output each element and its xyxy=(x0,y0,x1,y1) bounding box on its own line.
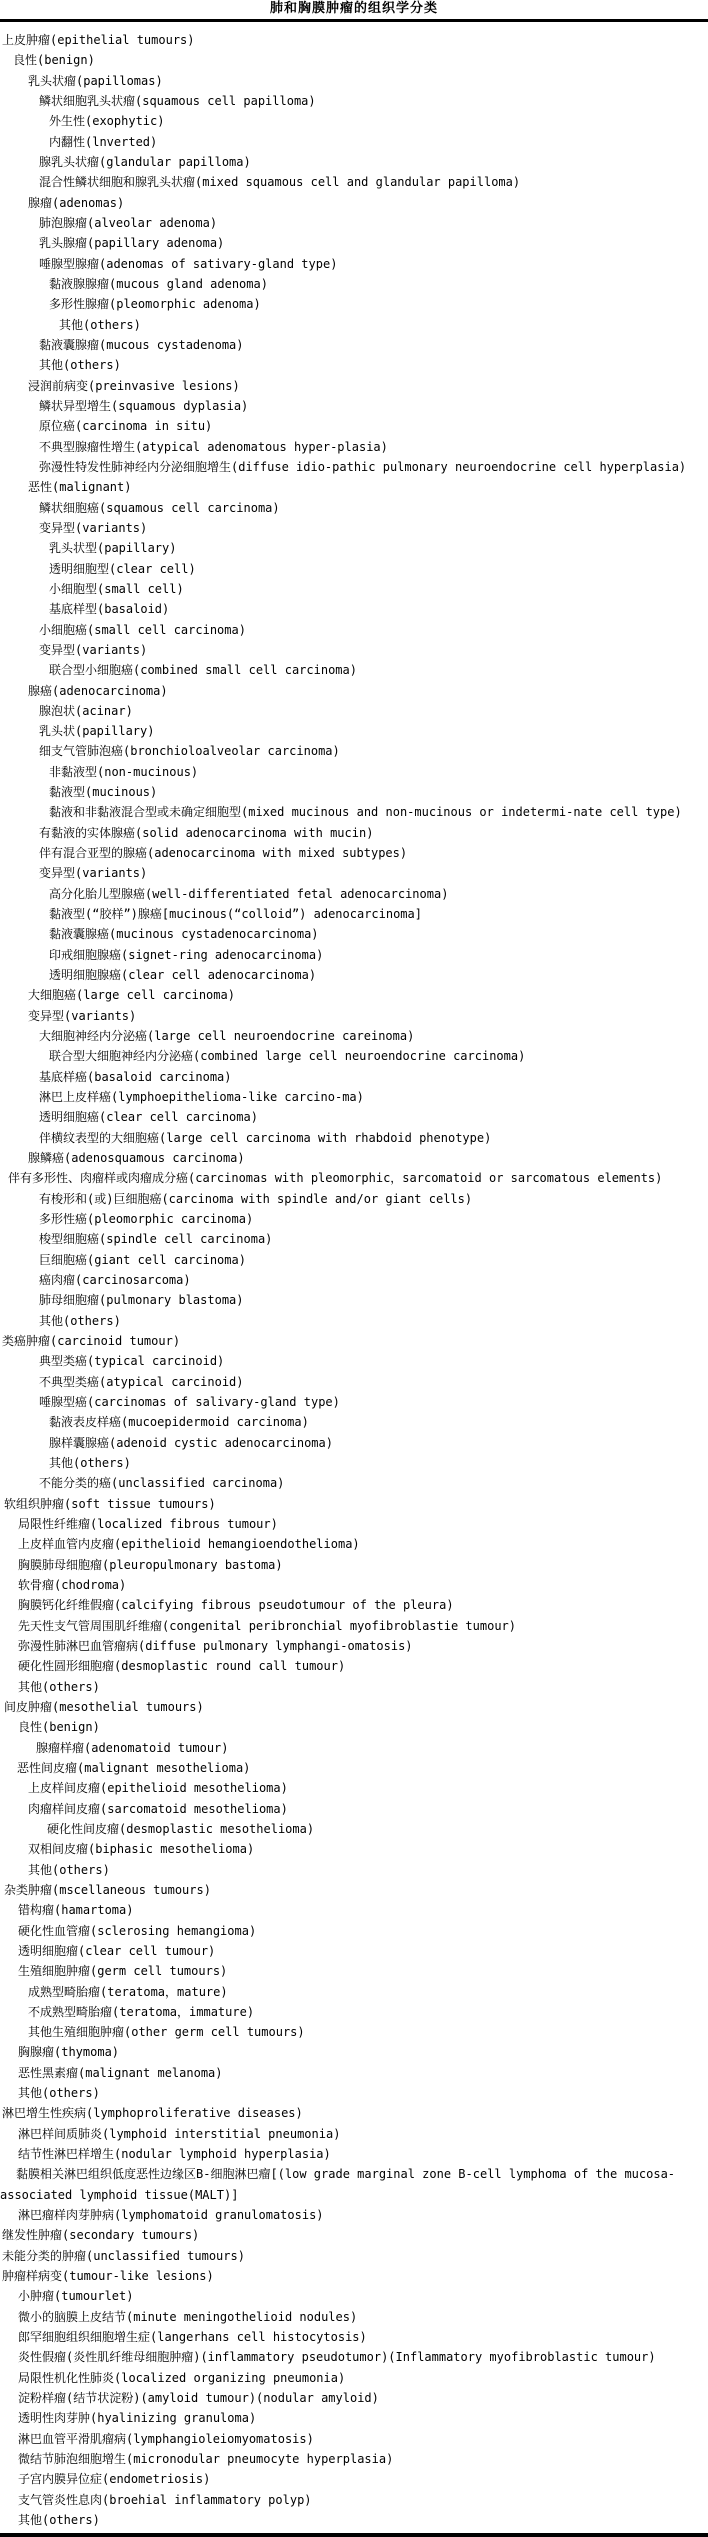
classification-line: 其他(others) xyxy=(0,315,708,335)
classification-line: 淋巴上皮样癌(lymphoepithelioma-like carcino-ma… xyxy=(0,1087,708,1107)
classification-line: 乳头状(papillary) xyxy=(0,721,708,741)
classification-line: 肿瘤样病变(tumour-like lesions) xyxy=(0,2266,708,2286)
classification-line: 腺鳞癌(adenosquamous carcinoma) xyxy=(0,1148,708,1168)
classification-line: 结节性淋巴样增生(nodular lymphoid hyperplasia) xyxy=(0,2144,708,2164)
classification-line: 透明细胞型(clear cell) xyxy=(0,559,708,579)
classification-line: 不能分类的癌(unclassified carcinoma) xyxy=(0,1473,708,1493)
classification-line: 伴有混合亚型的腺癌(adenocarcinoma with mixed subt… xyxy=(0,843,708,863)
classification-line: 其他生殖细胞肿瘤(other germ cell tumours) xyxy=(0,2022,708,2042)
classification-line: 腺样囊腺癌(adenoid cystic adenocarcinoma) xyxy=(0,1433,708,1453)
classification-line: 弥漫性特发性肺神经内分泌细胞增生(diffuse idio-pathic pul… xyxy=(0,457,708,477)
classification-list: 上皮肿瘤(epithelial tumours)良性(benign)乳头状瘤(p… xyxy=(0,22,708,2530)
classification-line: 外生性(exophytic) xyxy=(0,111,708,131)
classification-line: 典型类癌(typical carcinoid) xyxy=(0,1351,708,1371)
classification-line: 腺泡状(acinar) xyxy=(0,701,708,721)
classification-line: 胸膜肺母细胞瘤(pleuropulmonary bastoma) xyxy=(0,1555,708,1575)
classification-line: 上皮样血管内皮瘤(epithelioid hemangioendotheliom… xyxy=(0,1534,708,1554)
classification-line: 淀粉样瘤(结节状淀粉)(amyloid tumour)(nodular amyl… xyxy=(0,2388,708,2408)
page-title: 肺和胸膜肿瘤的组织学分类 xyxy=(0,0,708,19)
classification-line: 高分化胎儿型腺癌(well-differentiated fetal adeno… xyxy=(0,884,708,904)
classification-line: 错构瘤(hamartoma) xyxy=(0,1900,708,1920)
classification-line: 黏液腺腺瘤(mucous gland adenoma) xyxy=(0,274,708,294)
classification-line: 肺母细胞瘤(pulmonary blastoma) xyxy=(0,1290,708,1310)
classification-line: 类癌肿瘤(carcinoid tumour) xyxy=(0,1331,708,1351)
classification-line: 多形性腺瘤(pleomorphic adenoma) xyxy=(0,294,708,314)
classification-line: 多形性癌(pleomorphic carcinoma) xyxy=(0,1209,708,1229)
classification-line: 弥漫性肺淋巴血管瘤病(diffuse pulmonary lymphangi-o… xyxy=(0,1636,708,1656)
classification-line: 乳头状瘤(papillomas) xyxy=(0,71,708,91)
classification-line: 伴横纹表型的大细胞癌(large cell carcinoma with rha… xyxy=(0,1128,708,1148)
classification-line: 良性(benign) xyxy=(0,1717,708,1737)
classification-line: 有黏液的实体腺癌(solid adenocarcinoma with mucin… xyxy=(0,823,708,843)
classification-line: 透明性肉芽肿(hyalinizing granuloma) xyxy=(0,2408,708,2428)
classification-line: 癌肉瘤(carcinosarcoma) xyxy=(0,1270,708,1290)
classification-line: 继发性肿瘤(secondary tumours) xyxy=(0,2225,708,2245)
classification-line: 硬化性间皮瘤(desmoplastic mesothelioma) xyxy=(0,1819,708,1839)
classification-line: 变异型(variants) xyxy=(0,1006,708,1026)
classification-line: 黏液表皮样癌(mucoepidermoid carcinoma) xyxy=(0,1412,708,1432)
classification-line: 其他(others) xyxy=(0,1860,708,1880)
classification-line: 恶性黑素瘤(malignant melanoma) xyxy=(0,2063,708,2083)
classification-line: 胸膜钙化纤维假瘤(calcifying fibrous pseudotumour… xyxy=(0,1595,708,1615)
classification-line: 细支气管肺泡癌(bronchioloalveolar carcinoma) xyxy=(0,741,708,761)
classification-line: 小细胞型(small cell) xyxy=(0,579,708,599)
classification-line: 局限性机化性肺炎(localized organizing pneumonia) xyxy=(0,2368,708,2388)
classification-line: 软骨瘤(chodroma) xyxy=(0,1575,708,1595)
classification-line: 变异型(variants) xyxy=(0,518,708,538)
classification-line: 生殖细胞肿瘤(germ cell tumours) xyxy=(0,1961,708,1981)
classification-line: 黏液型(“胶样”)腺癌[mucinous(“colloid”) adenocar… xyxy=(0,904,708,924)
classification-line: 其他(others) xyxy=(0,1453,708,1473)
classification-line: 内翻性(lnverted) xyxy=(0,132,708,152)
classification-line: 混合性鳞状细胞和腺乳头状瘤(mixed squamous cell and gl… xyxy=(0,172,708,192)
classification-line: 小肿瘤(tumourlet) xyxy=(0,2286,708,2306)
classification-line: 非黏液型(non-mucinous) xyxy=(0,762,708,782)
classification-line: 变异型(variants) xyxy=(0,863,708,883)
classification-line: 上皮样间皮瘤(epithelioid mesothelioma) xyxy=(0,1778,708,1798)
classification-line: 淋巴瘤样肉芽肿病(lymphomatoid granulomatosis) xyxy=(0,2205,708,2225)
classification-line: 腺瘤(adenomas) xyxy=(0,193,708,213)
classification-line: 不典型类癌(atypical carcinoid) xyxy=(0,1372,708,1392)
classification-line: 腺瘤样瘤(adenomatoid tumour) xyxy=(0,1738,708,1758)
classification-line: 肺泡腺瘤(alveolar adenoma) xyxy=(0,213,708,233)
classification-line: 肉瘤样间皮瘤(sarcomatoid mesothelioma) xyxy=(0,1799,708,1819)
classification-line: 伴有多形性、肉瘤样或肉瘤成分癌(carcinomas with pleomorp… xyxy=(0,1168,708,1188)
classification-line: 腺癌(adenocarcinoma) xyxy=(0,681,708,701)
classification-line: 其他(others) xyxy=(0,1677,708,1697)
classification-line: associated lymphoid tissue(MALT)] xyxy=(0,2185,708,2205)
classification-line: 大细胞癌(large cell carcinoma) xyxy=(0,985,708,1005)
classification-line: 黏液型(mucinous) xyxy=(0,782,708,802)
classification-line: 先天性支气管周围肌纤维瘤(congenital peribronchial my… xyxy=(0,1616,708,1636)
classification-line: 子宫内膜异位症(endometriosis) xyxy=(0,2469,708,2489)
classification-line: 黏膜相关淋巴组织低度恶性边缘区B-细胞淋巴瘤[(low grade margin… xyxy=(0,2164,708,2184)
classification-line: 硬化性圆形细胞瘤(desmoplastic round call tumour) xyxy=(0,1656,708,1676)
classification-line: 局限性纤维瘤(localized fibrous tumour) xyxy=(0,1514,708,1534)
classification-line: 双相间皮瘤(biphasic mesothelioma) xyxy=(0,1839,708,1859)
classification-line: 胸腺瘤(thymoma) xyxy=(0,2042,708,2062)
classification-line: 乳头腺瘤(papillary adenoma) xyxy=(0,233,708,253)
document-page: 肺和胸膜肿瘤的组织学分类 上皮肿瘤(epithelial tumours)良性(… xyxy=(0,0,708,2537)
classification-line: 间皮肿瘤(mesothelial tumours) xyxy=(0,1697,708,1717)
classification-line: 良性(benign) xyxy=(0,50,708,70)
classification-line: 乳头状型(papillary) xyxy=(0,538,708,558)
classification-line: 透明细胞瘤(clear cell tumour) xyxy=(0,1941,708,1961)
classification-line: 其他(others) xyxy=(0,2083,708,2103)
classification-line: 唾腺型腺瘤(adenomas of sativary-gland type) xyxy=(0,254,708,274)
classification-line: 黏液囊腺癌(mucinous cystadenocarcinoma) xyxy=(0,924,708,944)
classification-line: 基底样癌(basaloid carcinoma) xyxy=(0,1067,708,1087)
classification-line: 杂类肿瘤(mscellaneous tumours) xyxy=(0,1880,708,1900)
classification-line: 软组织肿瘤(soft tissue tumours) xyxy=(0,1494,708,1514)
classification-line: 黏液囊腺瘤(mucous cystadenoma) xyxy=(0,335,708,355)
classification-line: 变异型(variants) xyxy=(0,640,708,660)
classification-line: 鳞状细胞癌(squamous cell carcinoma) xyxy=(0,498,708,518)
classification-line: 淋巴增生性疾病(lymphoproliferative diseases) xyxy=(0,2103,708,2123)
classification-line: 透明细胞癌(clear cell carcinoma) xyxy=(0,1107,708,1127)
classification-line: 上皮肿瘤(epithelial tumours) xyxy=(0,30,708,50)
classification-line: 透明细胞腺癌(clear cell adenocarcinoma) xyxy=(0,965,708,985)
classification-line: 小细胞癌(small cell carcinoma) xyxy=(0,620,708,640)
classification-line: 梭型细胞癌(spindle cell carcinoma) xyxy=(0,1229,708,1249)
classification-line: 硬化性血管瘤(sclerosing hemangioma) xyxy=(0,1921,708,1941)
bottom-divider xyxy=(0,2533,708,2537)
classification-line: 联合型小细胞癌(combined small cell carcinoma) xyxy=(0,660,708,680)
classification-line: 有梭形和(或)巨细胞癌(carcinoma with spindle and/o… xyxy=(0,1189,708,1209)
classification-line: 印戒细胞腺癌(signet-ring adenocarcinoma) xyxy=(0,945,708,965)
classification-line: 大细胞神经内分泌癌(large cell neuroendocrine care… xyxy=(0,1026,708,1046)
classification-line: 支气管炎性息肉(broehial inflammatory polyp) xyxy=(0,2490,708,2510)
classification-line: 其他(others) xyxy=(0,1311,708,1331)
classification-line: 恶性间皮瘤(malignant mesothelioma) xyxy=(0,1758,708,1778)
classification-line: 淋巴血管平滑肌瘤病(lymphangioleiomyomatosis) xyxy=(0,2429,708,2449)
classification-line: 唾腺型癌(carcinomas of salivary-gland type) xyxy=(0,1392,708,1412)
classification-line: 浸润前病变(preinvasive lesions) xyxy=(0,376,708,396)
classification-line: 鳞状细胞乳头状瘤(squamous cell papilloma) xyxy=(0,91,708,111)
classification-line: 其他(others) xyxy=(0,2510,708,2530)
classification-line: 微结节肺泡细胞增生(micronodular pneumocyte hyperp… xyxy=(0,2449,708,2469)
classification-line: 未能分类的肿瘤(unclassified tumours) xyxy=(0,2246,708,2266)
classification-line: 腺乳头状瘤(glandular papilloma) xyxy=(0,152,708,172)
classification-line: 巨细胞癌(giant cell carcinoma) xyxy=(0,1250,708,1270)
classification-line: 其他(others) xyxy=(0,355,708,375)
classification-line: 微小的脑膜上皮结节(minute meningothelioid nodules… xyxy=(0,2307,708,2327)
classification-line: 鳞状异型增生(squamous dyplasia) xyxy=(0,396,708,416)
classification-line: 郎罕细胞组织细胞增生症(langerhans cell histocytosis… xyxy=(0,2327,708,2347)
classification-line: 成熟型畸胎瘤(teratoma，mature) xyxy=(0,1982,708,2002)
classification-line: 恶性(malignant) xyxy=(0,477,708,497)
classification-line: 原位癌(carcinoma in situ) xyxy=(0,416,708,436)
classification-line: 基底样型(basaloid) xyxy=(0,599,708,619)
classification-line: 不典型腺瘤性增生(atypical adenomatous hyper-plas… xyxy=(0,437,708,457)
classification-line: 联合型大细胞神经内分泌癌(combined large cell neuroen… xyxy=(0,1046,708,1066)
classification-line: 不成熟型畸胎瘤(teratoma，immature) xyxy=(0,2002,708,2022)
classification-line: 淋巴样间质肺炎(lymphoid interstitial pneumonia) xyxy=(0,2124,708,2144)
classification-line: 黏液和非黏液混合型或未确定细胞型(mixed mucinous and non-… xyxy=(0,802,708,822)
classification-line: 炎性假瘤(炎性肌纤维母细胞肿瘤)(inflammatory pseudotumo… xyxy=(0,2347,708,2367)
